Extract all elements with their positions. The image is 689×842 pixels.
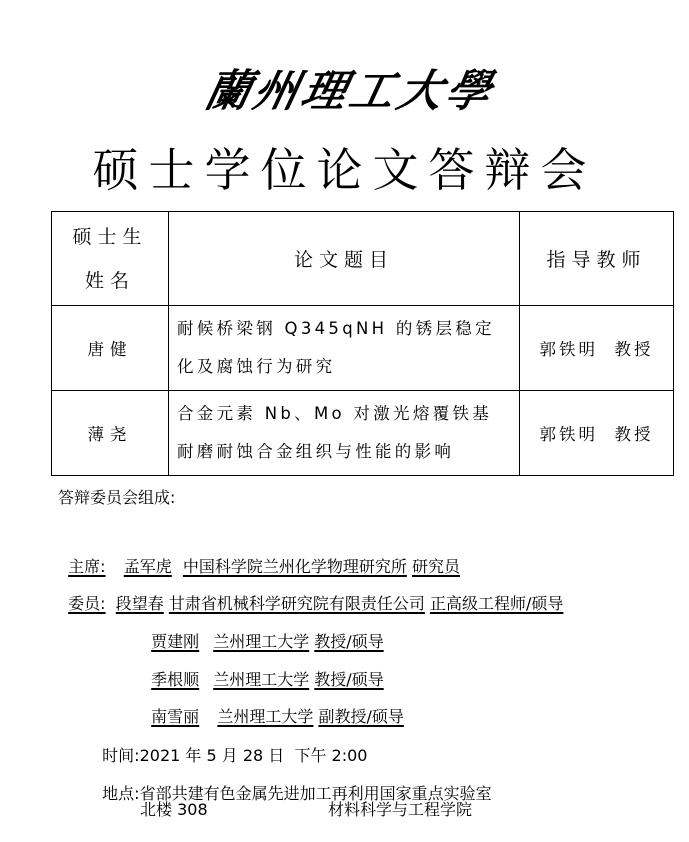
place-label: 地点: [102, 784, 139, 803]
student-name: 薄尧 [52, 391, 169, 476]
committee-heading: 答辩委员会组成: [58, 487, 175, 509]
thesis-topic-line2: 耐磨耐蚀合金组织与性能的影响 [177, 433, 519, 471]
members-label: 委员: [68, 594, 105, 613]
thesis-topic: 耐候桥梁钢 Q345qNH 的锈层稳定 化及腐蚀行为研究 [169, 306, 520, 391]
advisor: 郭铁明 教授 [520, 306, 674, 391]
advisor: 郭铁明 教授 [520, 391, 674, 476]
table-row: 薄尧 合金元素 Nb、Mo 对激光熔覆铁基 耐磨耐蚀合金组织与性能的影响 郭铁明… [52, 391, 674, 476]
header-student-line2: 姓名 [52, 259, 168, 303]
header-thesis-topic: 论文题目 [169, 212, 520, 306]
table-row: 唐健 耐候桥梁钢 Q345qNH 的锈层稳定 化及腐蚀行为研究 郭铁明 教授 [52, 306, 674, 391]
committee-member-line: 南雪丽 兰州理工大学 副教授/硕导 [141, 684, 404, 728]
page-title: 硕士学位论文答辩会 [0, 138, 689, 202]
thesis-topic-line1: 耐候桥梁钢 Q345qNH 的锈层稳定 [177, 310, 519, 348]
thesis-topic: 合金元素 Nb、Mo 对激光熔覆铁基 耐磨耐蚀合金组织与性能的影响 [169, 391, 520, 476]
university-logo: 蘭州理工大學 [194, 62, 507, 122]
member-title: 正高级工程师/硕导 [430, 594, 563, 613]
place-school: 材料科学与工程学院 [328, 799, 472, 821]
header-student-line1: 硕士生 [52, 215, 168, 259]
thesis-topic-line2: 化及腐蚀行为研究 [177, 348, 519, 386]
table-header-row: 硕士生 姓名 论文题目 指导教师 [52, 212, 674, 306]
student-name: 唐健 [52, 306, 169, 391]
thesis-topic-line1: 合金元素 Nb、Mo 对激光熔覆铁基 [177, 395, 519, 433]
header-advisor: 指导教师 [520, 212, 674, 306]
header-student-name: 硕士生 姓名 [52, 212, 169, 306]
defense-table: 硕士生 姓名 论文题目 指导教师 唐健 耐候桥梁钢 Q345qNH 的锈层稳定 … [51, 211, 674, 476]
place-room: 北楼 308 [140, 799, 208, 821]
